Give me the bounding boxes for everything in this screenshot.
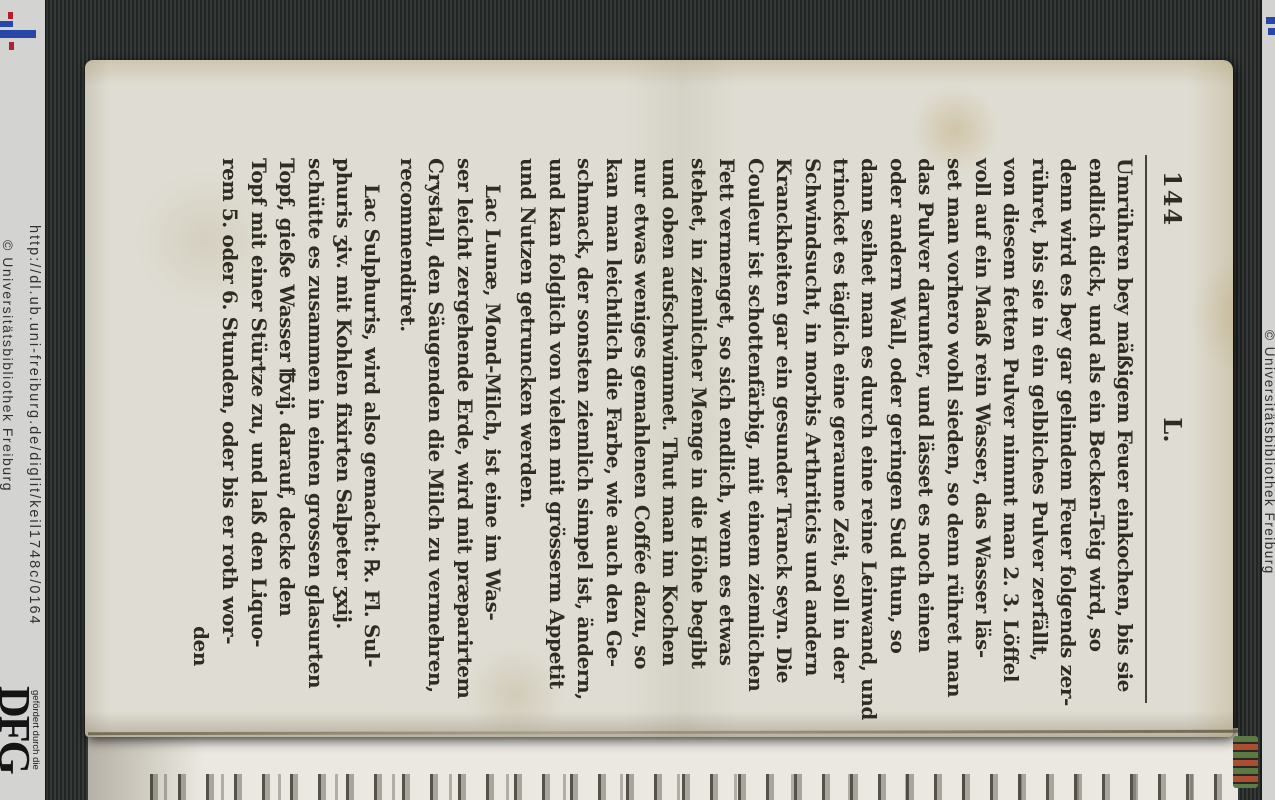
- text-line: Kranckheiten gar ein gesunder Tranck sey…: [770, 158, 798, 724]
- page-content-rotated: 144 L. Umrühren bey mäßigem Feuer einkoc…: [85, 60, 1233, 737]
- text-line: von diesem fetten Pulver nimmt man 2. 3.…: [997, 158, 1025, 724]
- left-bar-rotated-content: http://dl.ub.uni-freiburg.de/diglit/keil…: [0, 0, 45, 800]
- left-frame-bar: http://dl.ub.uni-freiburg.de/diglit/keil…: [0, 0, 45, 800]
- right-bar-rotated-content: © Universitätsbibliothek Freiburg: [1262, 0, 1275, 800]
- text-line: Fett vermenget, so sich endlich, wenn es…: [713, 158, 741, 724]
- text-line: phuris ʒiv. mit Kohlen fixirten Salpeter…: [330, 158, 358, 724]
- text-line: und oben aufschwimmet. Thut man im Koche…: [656, 158, 684, 724]
- copyright-text-right: © Universitätsbibliothek Freiburg: [1262, 330, 1275, 575]
- text-line: nur etwas weniges gemahlenen Coffée dazu…: [628, 158, 656, 724]
- text-line: Crystall, den Säugenden die Milch zu ver…: [422, 158, 450, 724]
- book-endband: [1233, 736, 1258, 788]
- scanned-book-page: 144 L. Umrühren bey mäßigem Feuer einkoc…: [85, 60, 1233, 737]
- text-line: schütte es zusammen in einen grossen gla…: [301, 158, 329, 724]
- text-line: Lac Sulphuris, wird also gemacht: ℞. Fl.…: [358, 158, 386, 724]
- scan-viewer-frame: 144 L. Umrühren bey mäßigem Feuer einkoc…: [0, 0, 1275, 800]
- ub-freiburg-logo-icon: [1268, 28, 1275, 35]
- text-line: schmack, der sonsten ziemlich simpel ist…: [571, 158, 599, 724]
- next-page-text-fragments: [150, 774, 1235, 800]
- dfg-logo: DFG: [0, 686, 34, 773]
- right-frame-bar: © Universitätsbibliothek Freiburg: [1262, 0, 1275, 800]
- text-line: Topf mit einer Stürtze zu, und laß den L…: [244, 158, 272, 724]
- header-rule: [1145, 155, 1147, 703]
- text-line: Schwindsucht, in morbis Arthriticis und …: [798, 158, 826, 724]
- text-line: dann seihet man es durch eine reine Lein…: [855, 158, 883, 724]
- text-line: stehet, in ziemlicher Menge in die Höhe …: [685, 158, 713, 724]
- copyright-text: © Universitätsbibliothek Freiburg: [0, 240, 16, 492]
- text-line: ser leicht zergehende Erde, wird mit præ…: [450, 158, 478, 724]
- text-line: Topf, gieße Wasser ℔vij. darauf, decke d…: [273, 158, 301, 724]
- text-line: und kan folglich von vielen mit grösserm…: [542, 158, 570, 724]
- text-line: und Nutzen getruncken werden.: [514, 158, 542, 724]
- text-line: endlich dick, und als ein Becken-Teig wi…: [1082, 158, 1110, 724]
- page-number: 144: [1158, 171, 1187, 227]
- text-line: recommendiret.: [393, 158, 421, 724]
- text-line: Lac Lunæ, Mond-Milch, ist eine im Was-: [479, 158, 507, 724]
- source-url-text: http://dl.ub.uni-freiburg.de/diglit/keil…: [26, 225, 42, 626]
- text-line: oder andern Wall, oder geringen Sud thun…: [883, 158, 911, 724]
- text-line: trincket es täglich eine geraume Zeit, s…: [827, 158, 855, 724]
- text-line: rem 5. oder 6. Stunden, oder bis er roth…: [216, 158, 244, 724]
- text-line: rühret, bis sie in ein gelbliches Pulver…: [1025, 158, 1053, 724]
- text-line: set man vorhero wohl sieden, so denn rüh…: [940, 158, 968, 724]
- ub-freiburg-logo-icon: [1266, 17, 1275, 24]
- page-header: 144 L.: [1153, 158, 1187, 702]
- body-text-block: Umrühren bey mäßigem Feuer einkochen, bi…: [187, 158, 1139, 724]
- text-line: voll auf ein Maaß rein Wasser, das Wasse…: [969, 158, 997, 724]
- text-line: kan man leichtlich die Farbe, wie auch d…: [599, 158, 627, 724]
- signature-mark: L.: [1158, 417, 1187, 442]
- catchword: den: [187, 158, 215, 724]
- text-line: Couleur ist schottenfärbig, mit einem zi…: [741, 158, 769, 724]
- text-line: Umrühren bey mäßigem Feuer einkochen, bi…: [1111, 158, 1139, 724]
- text-line: das Pulver darunter, und lässet es noch …: [912, 158, 940, 724]
- text-line: denn wird es bey gar gelindem Feuer folg…: [1054, 158, 1082, 724]
